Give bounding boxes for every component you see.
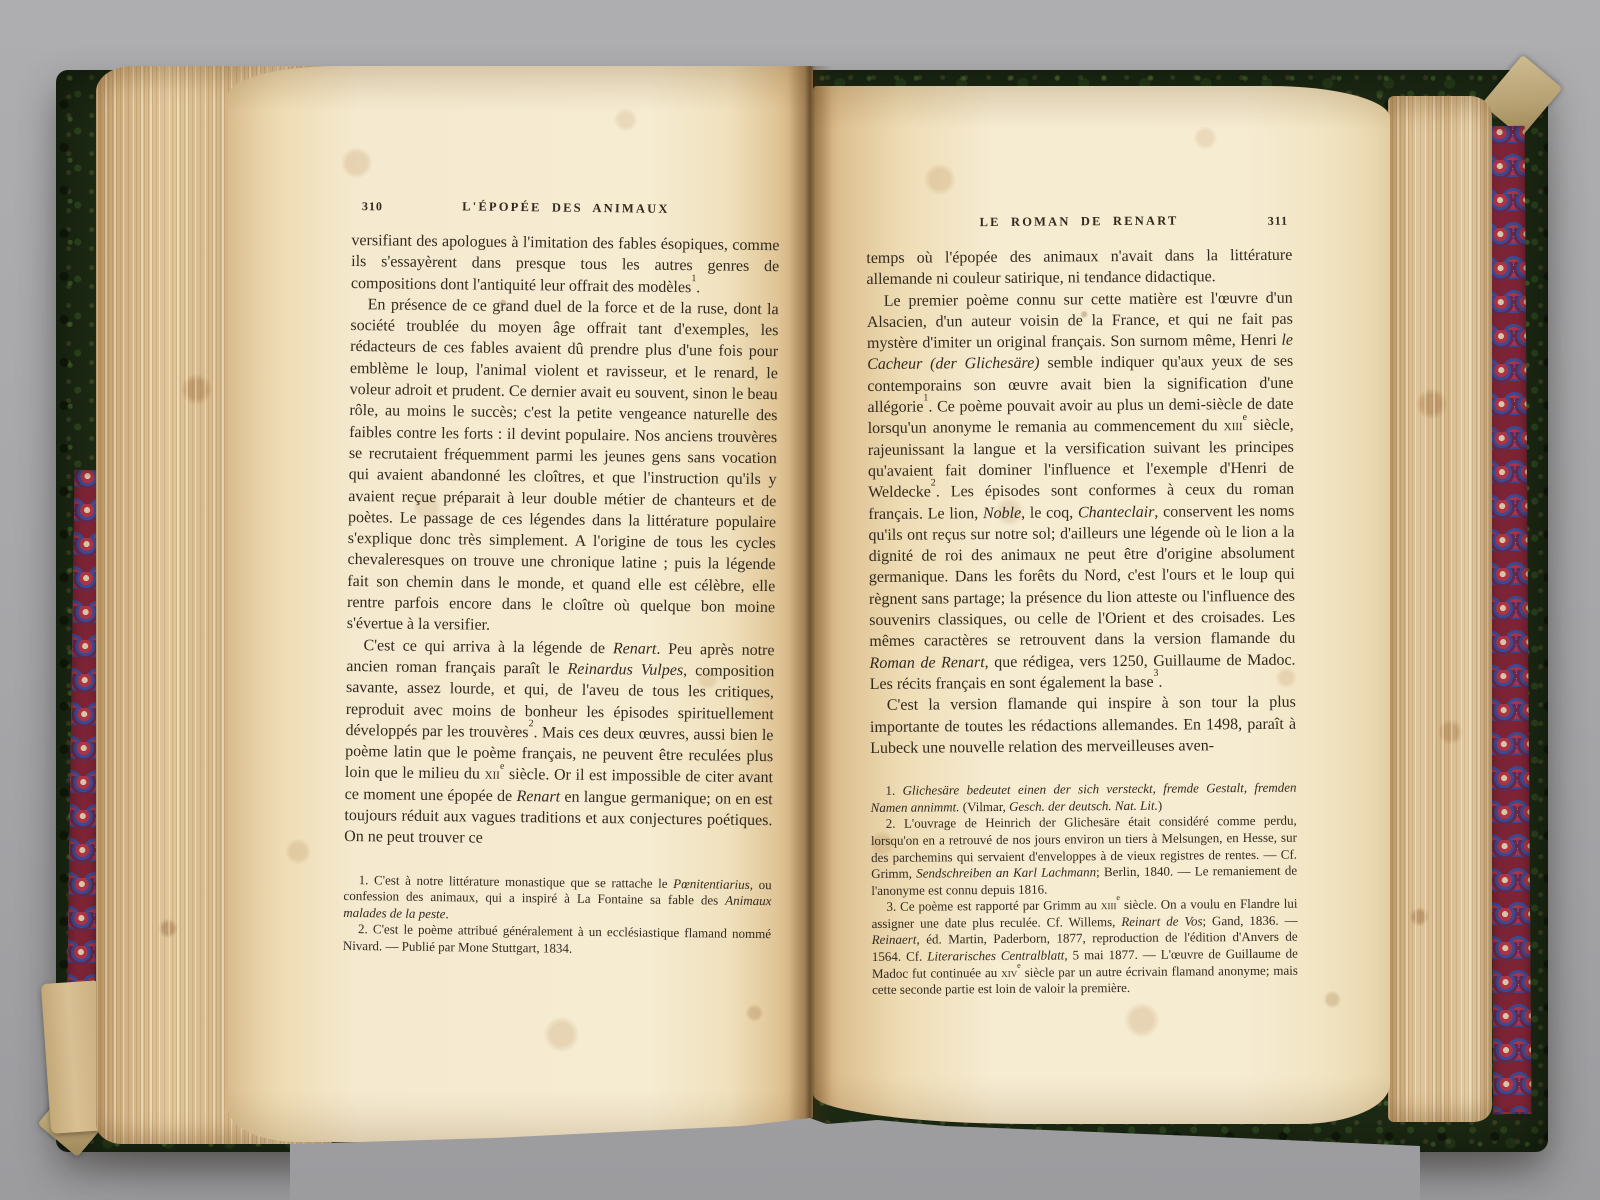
left-page-footnotes: 1. C'est à notre littérature monastique … xyxy=(343,872,772,960)
paragraph: Le premier poème connu sur cette matière… xyxy=(867,287,1296,695)
footnote: 1. Glichesäre bedeutet einen der sich ve… xyxy=(870,780,1296,817)
footnote: 3. Ce poème est rapporté par Grimm au xi… xyxy=(871,896,1298,999)
marbled-endpaper-right xyxy=(1487,126,1532,1114)
paragraph: temps où l'épopée des animaux n'avait da… xyxy=(866,245,1292,291)
right-page-number: 311 xyxy=(1268,214,1288,229)
footnote: 2. L'ouvrage de Heinrich der Glichesäre … xyxy=(871,813,1298,899)
page-edges-right xyxy=(1388,96,1492,1122)
footnote: 2. C'est le poème attribué généralement … xyxy=(343,921,771,959)
right-page-text: LE ROMAN DE RENART 311 temps où l'épopée… xyxy=(866,213,1298,999)
left-page-body: versifiant des apologues à l'imitation d… xyxy=(344,230,780,853)
left-page-text: 310 L'ÉPOPÉE DES ANIMAUX versifiant des … xyxy=(343,198,780,960)
right-running-title: LE ROMAN DE RENART xyxy=(866,213,1292,231)
paragraph: En présence de ce grand duel de la force… xyxy=(347,294,779,640)
paragraph: versifiant des apologues à l'imitation d… xyxy=(351,230,780,299)
paragraph: C'est la version flamande qui inspire à … xyxy=(870,692,1296,759)
right-page-footnotes: 1. Glichesäre bedeutet einen der sich ve… xyxy=(870,780,1298,999)
gutter-shadow xyxy=(788,66,832,1124)
right-page-header: LE ROMAN DE RENART 311 xyxy=(866,213,1292,233)
photo-backdrop: { "colors":{ "background":"#a6a6a9", "co… xyxy=(0,0,1600,1200)
paragraph: C'est ce qui arriva à la légende de Rena… xyxy=(344,635,775,853)
right-page-body: temps où l'épopée des animaux n'avait da… xyxy=(866,245,1296,759)
footnote: 1. C'est à notre littérature monastique … xyxy=(343,872,772,927)
